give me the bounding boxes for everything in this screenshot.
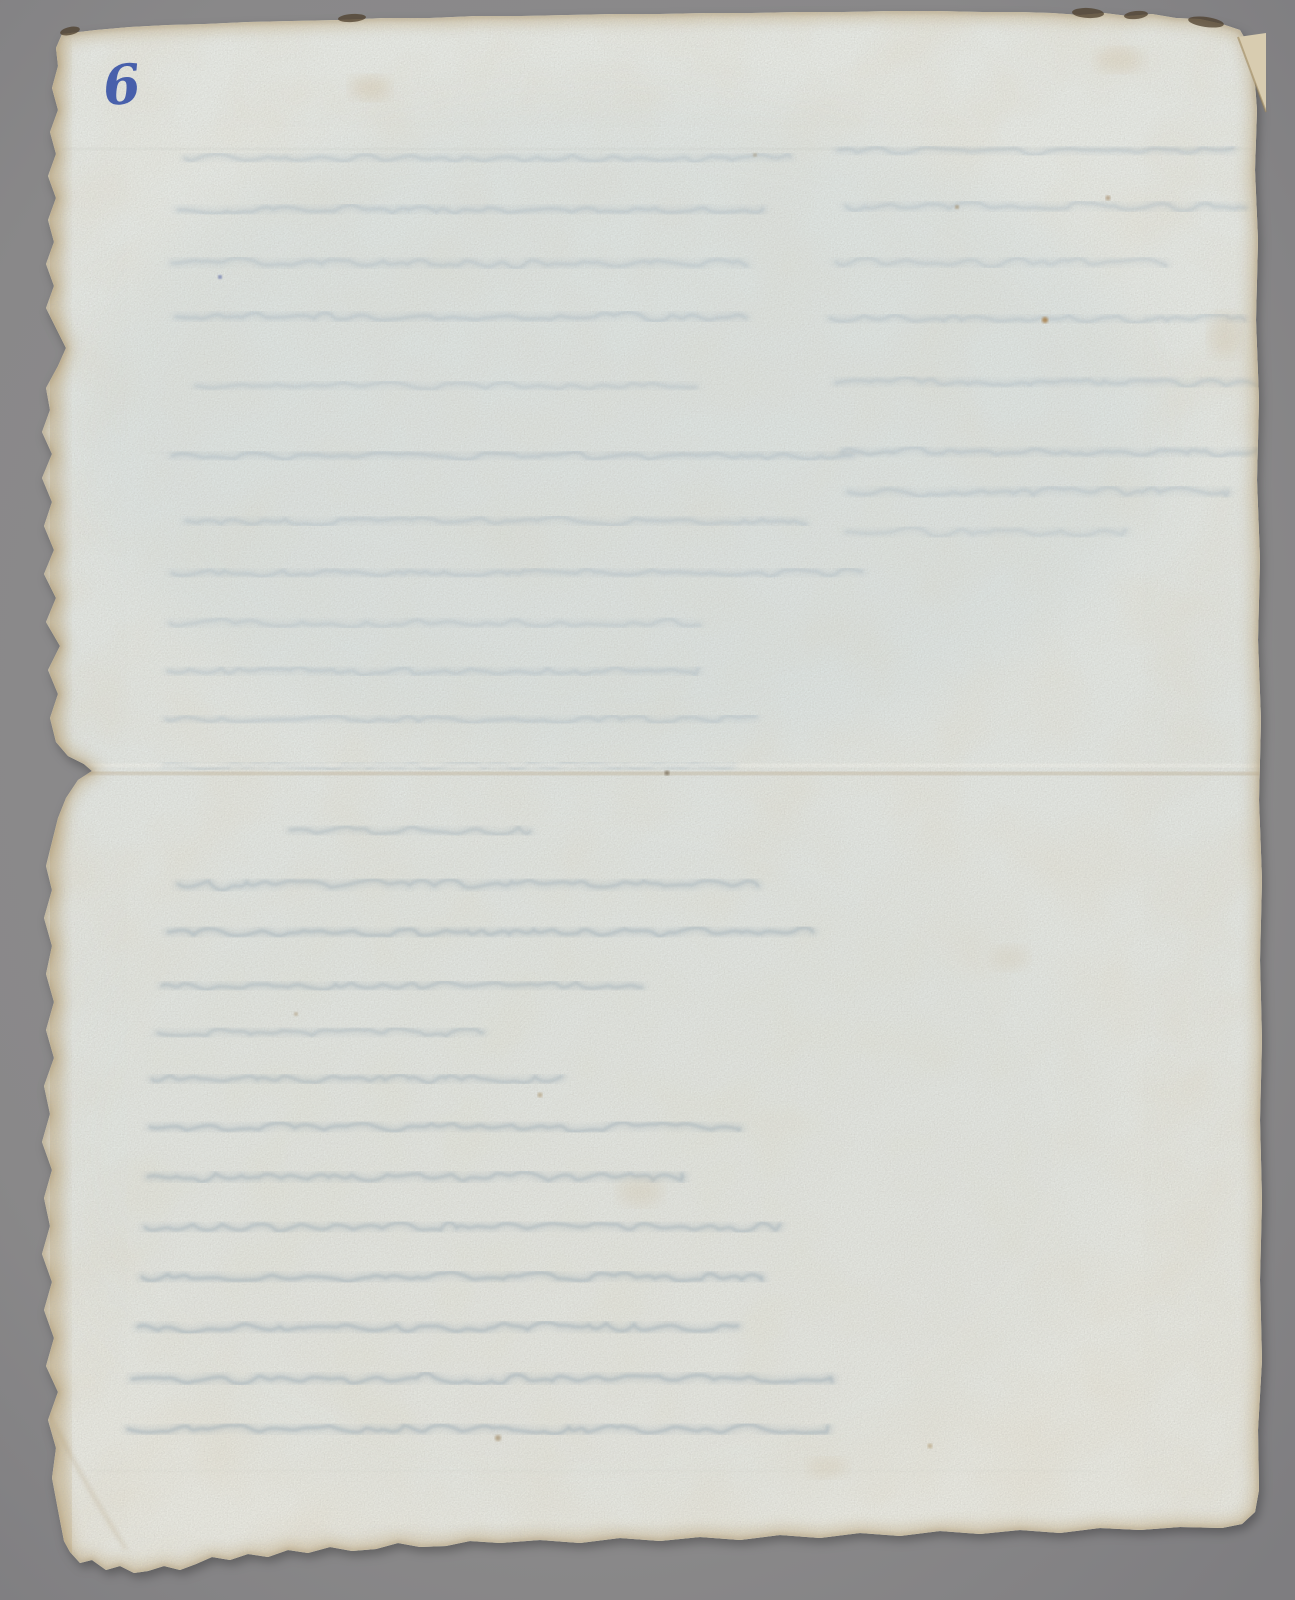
document-scan-stage: 6	[0, 0, 1295, 1600]
page-number: 6	[100, 51, 144, 119]
paper-grain	[40, 8, 1270, 1578]
manuscript-page: 6	[40, 8, 1270, 1578]
manuscript-scan: 6	[0, 0, 1295, 1600]
